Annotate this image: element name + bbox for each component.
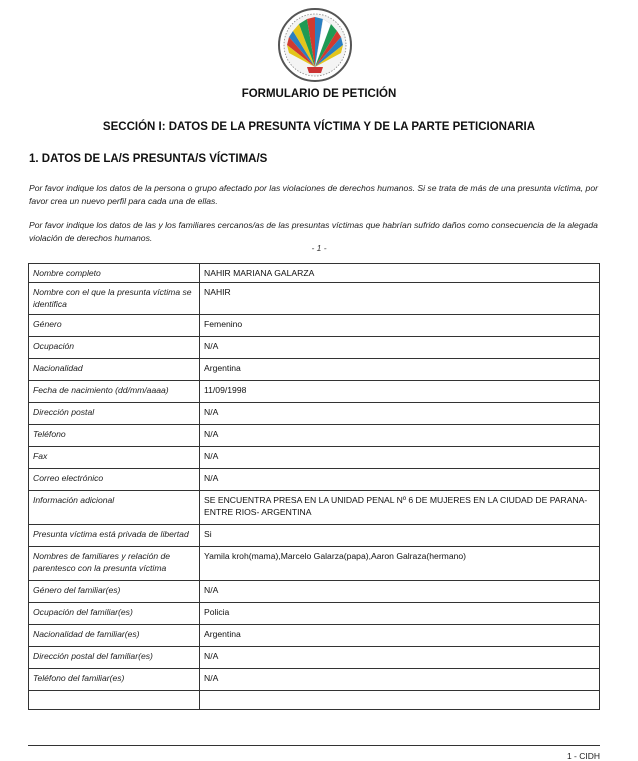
form-title: FORMULARIO DE PETICIÓN	[0, 88, 638, 100]
field-label: Género del familiar(es)	[29, 581, 200, 603]
field-label: Nombre con el que la presunta víctima se…	[29, 283, 200, 315]
field-value: NAHIR	[200, 283, 600, 315]
table-row: Nacionalidad de familiar(es)Argentina	[29, 625, 600, 647]
oas-emblem-icon	[277, 7, 353, 83]
field-label: Nacionalidad	[29, 359, 200, 381]
table-row: Nombres de familiares y relación de pare…	[29, 547, 600, 581]
field-value: Policia	[200, 603, 600, 625]
field-value: Si	[200, 525, 600, 547]
footer-divider	[28, 745, 600, 746]
table-row: Correo electrónicoN/A	[29, 469, 600, 491]
field-label: Teléfono	[29, 425, 200, 447]
field-value: N/A	[200, 669, 600, 691]
table-row: Dirección postalN/A	[29, 403, 600, 425]
field-value: Argentina	[200, 625, 600, 647]
table-row: Presunta víctima está privada de liberta…	[29, 525, 600, 547]
field-value: N/A	[200, 581, 600, 603]
field-label: Nombre completo	[29, 264, 200, 283]
field-label: Fax	[29, 447, 200, 469]
field-label: Ocupación	[29, 337, 200, 359]
field-label: Género	[29, 315, 200, 337]
subsection-title: 1. DATOS DE LA/S PRESUNTA/S VÍCTIMA/S	[29, 153, 267, 165]
table-row: Dirección postal del familiar(es)N/A	[29, 647, 600, 669]
table-row: GéneroFemenino	[29, 315, 600, 337]
field-value	[200, 691, 600, 710]
field-value: N/A	[200, 647, 600, 669]
field-value: N/A	[200, 337, 600, 359]
field-value: N/A	[200, 447, 600, 469]
field-label: Presunta víctima está privada de liberta…	[29, 525, 200, 547]
field-value: SE ENCUENTRA PRESA EN LA UNIDAD PENAL Nº…	[200, 491, 600, 525]
table-row: FaxN/A	[29, 447, 600, 469]
field-value: Argentina	[200, 359, 600, 381]
field-label	[29, 691, 200, 710]
table-row: NacionalidadArgentina	[29, 359, 600, 381]
field-label: Nombres de familiares y relación de pare…	[29, 547, 200, 581]
field-value: N/A	[200, 403, 600, 425]
page-footer: 1 - CIDH	[567, 751, 600, 761]
victim-data-table: Nombre completoNAHIR MARIANA GALARZANomb…	[28, 263, 600, 710]
table-row: TeléfonoN/A	[29, 425, 600, 447]
table-row: Información adicionalSE ENCUENTRA PRESA …	[29, 491, 600, 525]
table-row: Nombre completoNAHIR MARIANA GALARZA	[29, 264, 600, 283]
field-value: N/A	[200, 425, 600, 447]
field-value: Femenino	[200, 315, 600, 337]
instruction-text: Por favor indique los datos de las y los…	[29, 219, 609, 245]
field-label: Teléfono del familiar(es)	[29, 669, 200, 691]
table-row: Fecha de nacimiento (dd/mm/aaaa)11/09/19…	[29, 381, 600, 403]
field-value: N/A	[200, 469, 600, 491]
table-row: Ocupación del familiar(es)Policia	[29, 603, 600, 625]
field-label: Nacionalidad de familiar(es)	[29, 625, 200, 647]
table-row: OcupaciónN/A	[29, 337, 600, 359]
field-value: NAHIR MARIANA GALARZA	[200, 264, 600, 283]
field-label: Correo electrónico	[29, 469, 200, 491]
table-row: Nombre con el que la presunta víctima se…	[29, 283, 600, 315]
section-title: SECCIÓN I: DATOS DE LA PRESUNTA VÍCTIMA …	[0, 121, 638, 133]
field-label: Dirección postal del familiar(es)	[29, 647, 200, 669]
field-label: Fecha de nacimiento (dd/mm/aaaa)	[29, 381, 200, 403]
field-value: Yamila kroh(mama),Marcelo Galarza(papa),…	[200, 547, 600, 581]
field-label: Dirección postal	[29, 403, 200, 425]
field-value: 11/09/1998	[200, 381, 600, 403]
field-label: Información adicional	[29, 491, 200, 525]
page-marker: - 1 -	[0, 243, 638, 253]
table-row: Género del familiar(es)N/A	[29, 581, 600, 603]
table-row: Teléfono del familiar(es)N/A	[29, 669, 600, 691]
instruction-text: Por favor indique los datos de la person…	[29, 182, 609, 208]
table-row	[29, 691, 600, 710]
field-label: Ocupación del familiar(es)	[29, 603, 200, 625]
